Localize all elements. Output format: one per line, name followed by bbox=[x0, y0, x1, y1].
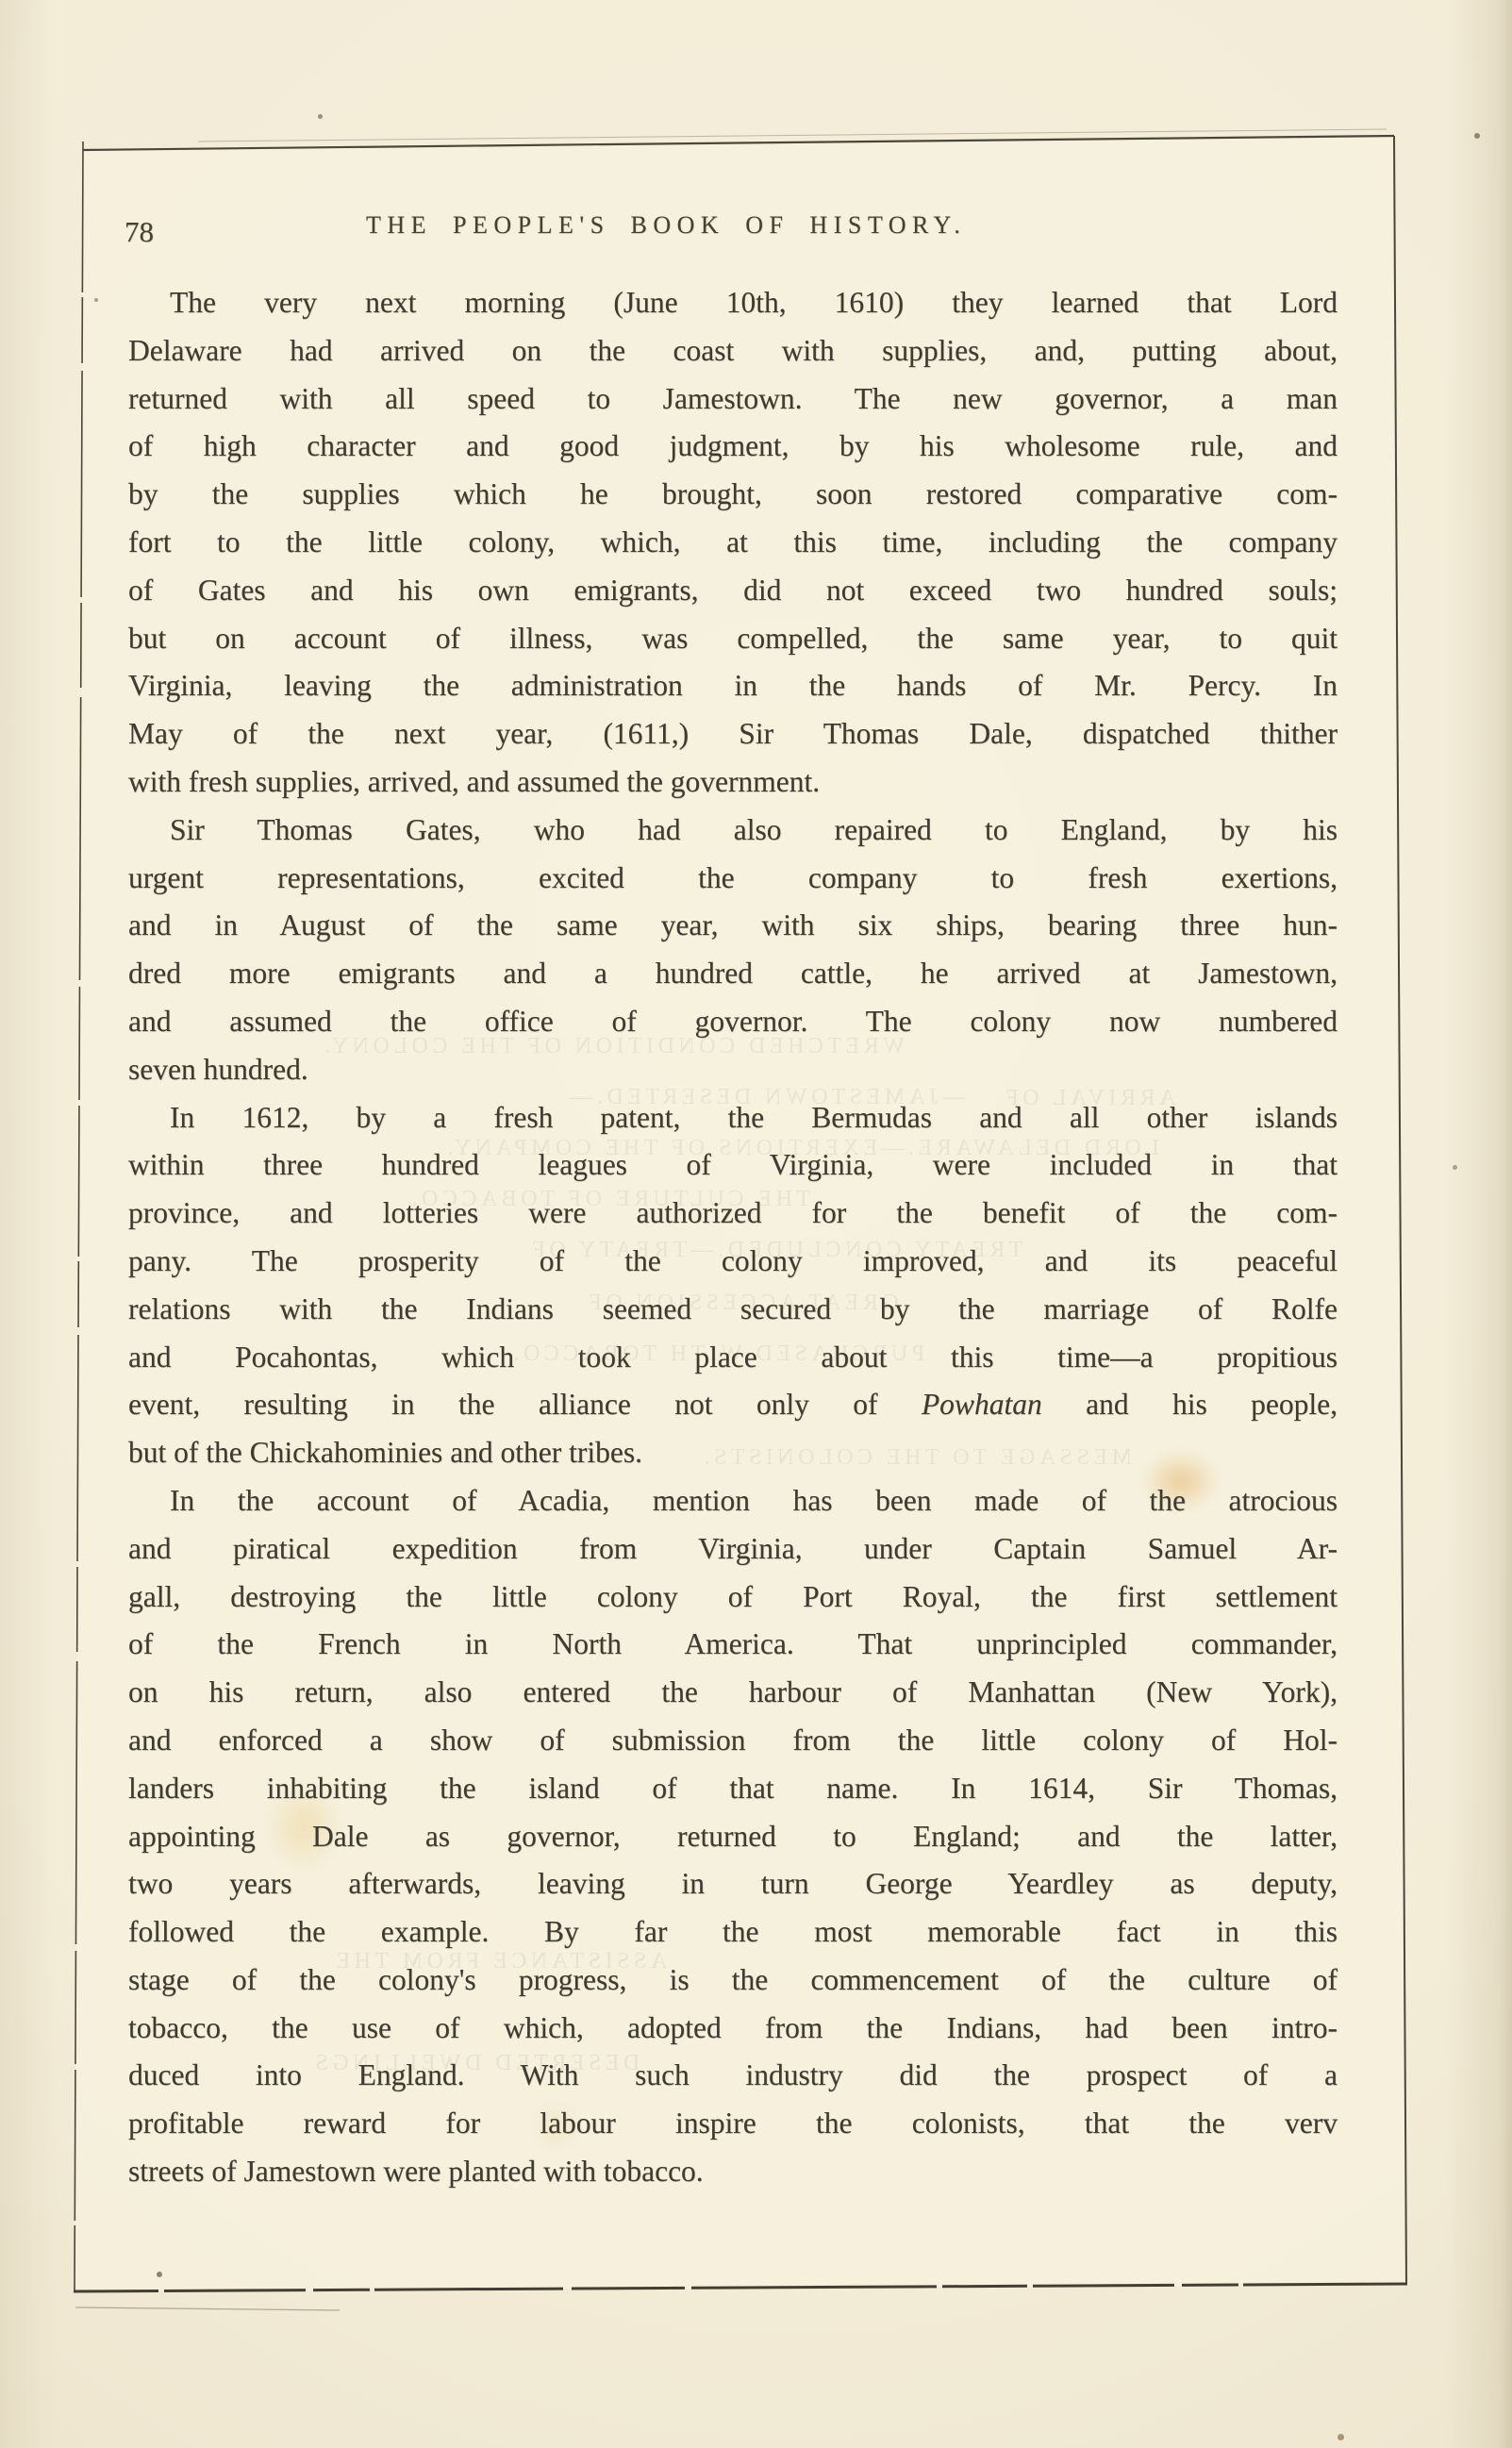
text-line: pany. The prosperity of the colony impro… bbox=[128, 1238, 1338, 1286]
text-line: fort to the little colony, which, at thi… bbox=[128, 519, 1338, 567]
text-line: profitable reward for labour inspire the… bbox=[128, 2100, 1338, 2148]
text-line: tobacco, the use of which, adopted from … bbox=[128, 2005, 1338, 2053]
text-line: of the French in North America. That unp… bbox=[128, 1621, 1338, 1669]
text-line: appointing Dale as governor, returned to… bbox=[128, 1813, 1338, 1861]
running-head: 78 THE PEOPLE'S BOOK OF HISTORY. bbox=[83, 209, 1394, 258]
text-line: and assumed the office of governor. The … bbox=[128, 998, 1338, 1046]
text-line: of Gates and his own emigrants, did not … bbox=[128, 567, 1338, 615]
text-line: duced into England. With such industry d… bbox=[128, 2052, 1338, 2100]
text-line: two years afterwards, leaving in turn Ge… bbox=[128, 1860, 1338, 1908]
body-text: The very next morning (June 10th, 1610) … bbox=[128, 279, 1338, 2196]
text-line: within three hundred leagues of Virginia… bbox=[128, 1141, 1338, 1190]
text-line: but on account of illness, was compelled… bbox=[128, 615, 1338, 663]
scanned-book-page: WRETCHED CONDITION OF THE COLONY.—JAMEST… bbox=[0, 0, 1512, 2448]
text-line: gall, destroying the little colony of Po… bbox=[128, 1574, 1338, 1622]
text-line: In the account of Acadia, mention has be… bbox=[128, 1477, 1338, 1525]
page-number: 78 bbox=[125, 215, 154, 249]
text-line: and Pocahontas, which took place about t… bbox=[128, 1334, 1338, 1382]
text-line: on his return, also entered the harbour … bbox=[128, 1669, 1338, 1717]
text-line: with fresh supplies, arrived, and assume… bbox=[128, 758, 1338, 807]
text-line: Virginia, leaving the administration in … bbox=[128, 662, 1338, 710]
text-line: seven hundred. bbox=[128, 1046, 1338, 1094]
text-line: province, and lotteries were authorized … bbox=[128, 1190, 1338, 1238]
text-line: and enforced a show of submission from t… bbox=[128, 1717, 1338, 1765]
text-line: Delaware had arrived on the coast with s… bbox=[128, 327, 1338, 375]
text-line: by the supplies which he brought, soon r… bbox=[128, 471, 1338, 519]
text-line: but of the Chickahominies and other trib… bbox=[128, 1429, 1338, 1477]
text-line: dred more emigrants and a hundred cattle… bbox=[128, 950, 1338, 998]
text-line: followed the example. By far the most me… bbox=[128, 1908, 1338, 1957]
text-line: streets of Jamestown were planted with t… bbox=[128, 2148, 1338, 2196]
text-line: stage of the colony's progress, is the c… bbox=[128, 1957, 1338, 2005]
text-line: relations with the Indians seemed secure… bbox=[128, 1286, 1338, 1334]
text-line: landers inhabiting the island of that na… bbox=[128, 1765, 1338, 1813]
text-line: and in August of the same year, with six… bbox=[128, 902, 1338, 950]
text-line: returned with all speed to Jamestown. Th… bbox=[128, 375, 1338, 424]
text-line: The very next morning (June 10th, 1610) … bbox=[128, 279, 1338, 327]
text-line: May of the next year, (1611,) Sir Thomas… bbox=[128, 710, 1338, 758]
text-line: event, resulting in the alliance not onl… bbox=[128, 1381, 1338, 1429]
running-title: THE PEOPLE'S BOOK OF HISTORY. bbox=[366, 211, 966, 240]
scan-edge-shadow-left bbox=[0, 0, 57, 2448]
text-line: of high character and good judgment, by … bbox=[128, 423, 1338, 471]
text-line: Sir Thomas Gates, who had also repaired … bbox=[128, 807, 1338, 855]
text-line: and piratical expedition from Virginia, … bbox=[128, 1525, 1338, 1574]
scan-edge-shadow-right bbox=[1446, 0, 1512, 2448]
text-line: urgent representations, excited the comp… bbox=[128, 855, 1338, 903]
text-line: In 1612, by a fresh patent, the Bermudas… bbox=[128, 1094, 1338, 1142]
